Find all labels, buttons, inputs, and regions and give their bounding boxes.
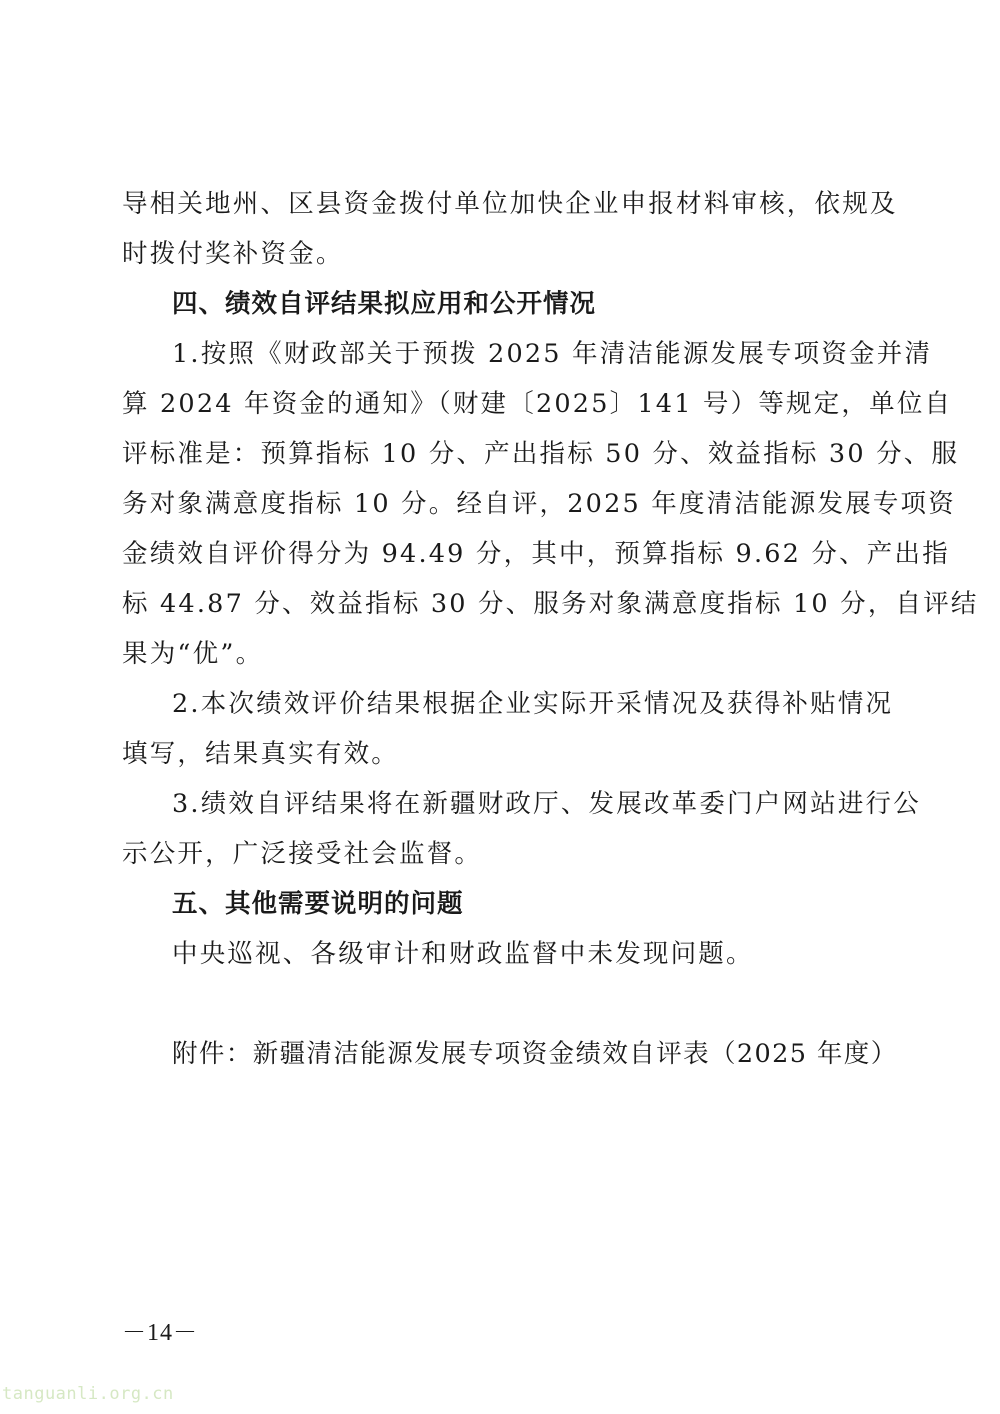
document-page: 导相关地州、区县资金拨付单位加快企业申报材料审核，依规及 时拨付奖补资金。 四、… [0,0,1000,1414]
paragraph-line: 务对象满意度指标 10 分。经自评，2025 年度清洁能源发展专项资 [122,486,882,522]
paragraph-line: 填写，结果真实有效。 [122,736,882,772]
attachment-note: 附件：新疆清洁能源发展专项资金绩效自评表（2025 年度） [172,1036,882,1072]
paragraph-line: 算 2024 年资金的通知》（财建〔2025〕141 号）等规定，单位自 [122,386,882,422]
paragraph-line: 时拨付奖补资金。 [122,236,882,272]
paragraph-line: 2.本次绩效评价结果根据企业实际开采情况及获得补贴情况 [172,686,882,722]
paragraph-line: 中央巡视、各级审计和财政监督中未发现问题。 [172,936,882,972]
paragraph-line: 标 44.87 分、效益指标 30 分、服务对象满意度指标 10 分，自评结 [122,586,882,622]
paragraph-line: 3.绩效自评结果将在新疆财政厅、发展改革委门户网站进行公 [172,786,882,822]
watermark: tanguanli.org.cn [2,1384,174,1404]
paragraph-line: 示公开，广泛接受社会监督。 [122,836,882,872]
section-heading-5: 五、其他需要说明的问题 [172,886,882,922]
paragraph-line: 评标准是：预算指标 10 分、产出指标 50 分、效益指标 30 分、服 [122,436,882,472]
paragraph-line: 1.按照《财政部关于预拨 2025 年清洁能源发展专项资金并清 [172,336,882,372]
paragraph-line: 导相关地州、区县资金拨付单位加快企业申报材料审核，依规及 [122,186,882,222]
page-number: －14－ [122,1312,198,1347]
paragraph-line: 金绩效自评价得分为 94.49 分，其中，预算指标 9.62 分、产出指 [122,536,882,572]
section-heading-4: 四、绩效自评结果拟应用和公开情况 [172,286,882,322]
paragraph-line: 果为“优”。 [122,636,882,672]
